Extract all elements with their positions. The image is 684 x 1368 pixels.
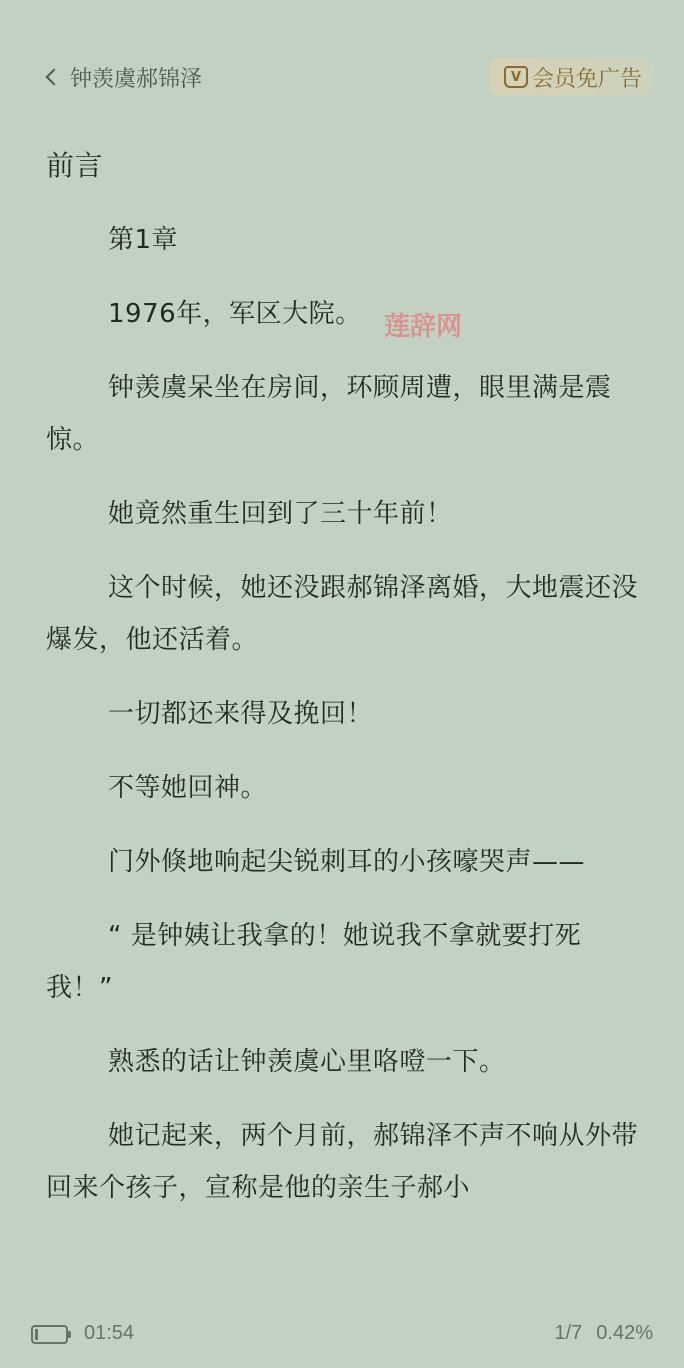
reader-footer: 01:54 1/7 0.42% (0, 1318, 684, 1354)
page-indicator: 1/7 (554, 1322, 582, 1345)
chapter-heading: 前言 (46, 140, 638, 192)
paragraph: 不等她回神。 (46, 762, 638, 814)
paragraph: “ 是钟姨让我拿的！她说我不拿就要打死我！” (46, 910, 638, 1014)
paragraph: 一切都还来得及挽回！ (46, 688, 638, 740)
reading-content[interactable]: 前言 第1章 1976年，军区大院。 钟羡虞呆坐在房间，环顾周遭，眼里满是震惊。… (46, 140, 638, 1236)
vip-remove-ads-button[interactable]: V 会员免广告 (490, 58, 654, 96)
progress-percent: 0.42% (596, 1322, 653, 1345)
book-title: 钟羡虞郝锦泽 (70, 62, 202, 93)
vip-book-icon: V (504, 66, 528, 88)
reader-header: 钟羡虞郝锦泽 V 会员免广告 (0, 0, 684, 130)
paragraph: 这个时候，她还没跟郝锦泽离婚，大地震还没爆发，他还活着。 (46, 562, 638, 666)
paragraph: 她记起来，两个月前，郝锦泽不声不响从外带回来个孩子，宣称是他的亲生子郝小 (46, 1110, 638, 1214)
back-button[interactable]: 钟羡虞郝锦泽 (44, 60, 202, 94)
battery-low-icon (31, 1325, 68, 1344)
paragraph: 门外倏地响起尖锐刺耳的小孩嚎哭声—— (46, 836, 638, 888)
paragraph: 1976年，军区大院。 (46, 288, 638, 340)
paragraph: 第1章 (46, 214, 638, 266)
chevron-left-icon (46, 69, 63, 86)
paragraph: 钟羡虞呆坐在房间，环顾周遭，眼里满是震惊。 (46, 362, 638, 466)
paragraph: 她竟然重生回到了三十年前！ (46, 488, 638, 540)
clock-time: 01:54 (84, 1322, 134, 1345)
paragraph: 熟悉的话让钟羡虞心里咯噔一下。 (46, 1036, 638, 1088)
reading-progress: 1/7 0.42% (554, 1322, 653, 1345)
vip-label: 会员免广告 (532, 62, 642, 93)
